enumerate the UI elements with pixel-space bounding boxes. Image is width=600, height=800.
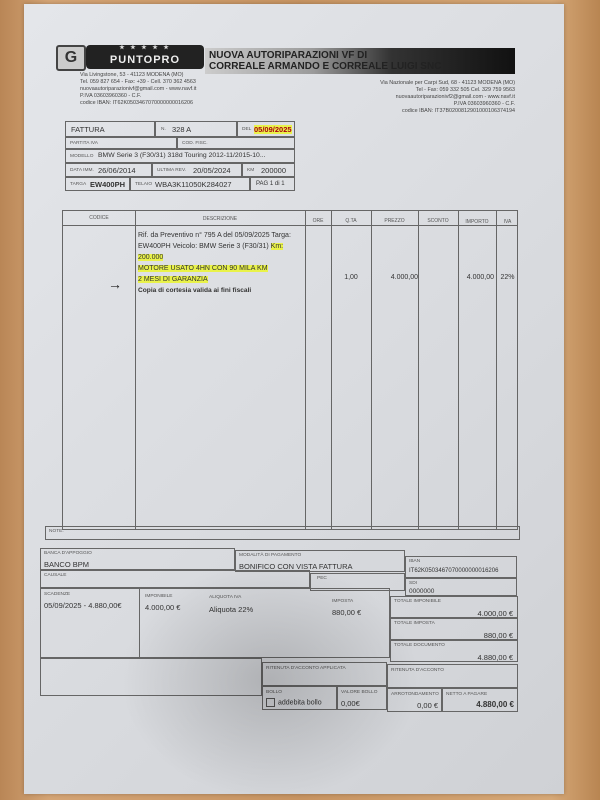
col-header-amount: IMPORTO bbox=[458, 219, 496, 225]
col-header-description: DESCRIZIONE bbox=[135, 216, 305, 222]
vat-label: PARTITA IVA bbox=[70, 141, 98, 146]
tax-summary: SCADENZE 05/09/2025 - 4.880,00€ IMPONIBI… bbox=[40, 588, 390, 658]
due-label: SCADENZE bbox=[44, 592, 70, 597]
arrow-icon: → bbox=[108, 276, 122, 292]
total-doc-label: TOTALE DOCUMENTO bbox=[394, 643, 445, 648]
causale-cell: CAUSALE bbox=[40, 570, 310, 588]
taxable-value: 4.000,00 € bbox=[145, 603, 180, 612]
plate-label: TARGA bbox=[70, 182, 86, 187]
last-rev-label: ULTIMA REV. bbox=[157, 168, 186, 173]
reg-date-label: DATA IMM. bbox=[70, 168, 94, 173]
bank-label: BANCA D'APPOGGIO bbox=[44, 551, 92, 556]
tax-value: 880,00 € bbox=[332, 608, 361, 617]
courtesy-copy-note: Copia di cortesia valida ai fini fiscali bbox=[138, 285, 308, 296]
plate-value: EW400PH bbox=[90, 180, 125, 189]
stamp-checkbox-label: addebita bollo bbox=[278, 699, 322, 706]
rounding-label: ARROTONDAMENTO bbox=[391, 692, 439, 697]
sdi-cell: SDI 0000000 bbox=[405, 578, 517, 596]
fiscal-label: COD. FISC. bbox=[182, 141, 208, 146]
total-taxable-value: 4.000,00 € bbox=[478, 609, 513, 618]
banner-line-1: NUOVA AUTORIPARAZIONI VF DI bbox=[209, 50, 515, 61]
total-doc-cell: TOTALE DOCUMENTO 4.880,00 € bbox=[390, 640, 518, 662]
stamp-value-cell: VALORE BOLLO 0,00€ bbox=[337, 686, 387, 710]
pec-label: PEC bbox=[317, 576, 327, 581]
doc-number-cell: N. 328 A bbox=[155, 121, 237, 137]
total-doc-value: 4.880,00 € bbox=[478, 653, 513, 662]
col-header-code: CODICE bbox=[63, 215, 135, 221]
company-banner: NUOVA AUTORIPARAZIONI VF DI CORREALE ARM… bbox=[205, 48, 515, 74]
total-tax-cell: TOTALE IMPOSTA 880,00 € bbox=[390, 618, 518, 640]
stamp-cell: BOLLO addebita bollo bbox=[262, 686, 337, 710]
col-divider bbox=[496, 211, 497, 529]
left-address-block: Via Livingstone, 53 - 41123 MODENA (MO) … bbox=[80, 72, 280, 107]
stamp-value-label: VALORE BOLLO bbox=[341, 690, 377, 695]
table-row: Rif. da Preventivo n° 795 A del 05/09/20… bbox=[138, 230, 308, 296]
col-header-vat: IVA bbox=[496, 219, 519, 225]
row-vat: 22% bbox=[496, 274, 519, 281]
last-rev: 20/05/2024 bbox=[193, 166, 231, 175]
number-label: N. bbox=[161, 127, 166, 132]
date-label: DEL bbox=[242, 127, 251, 132]
fiscal-cell: COD. FISC. bbox=[177, 137, 295, 149]
payment-cell: MODALITÀ DI PAGAMENTO BONIFICO CON VISTA… bbox=[235, 550, 405, 572]
withholding-label: RITENUTA D'ACCONTO bbox=[391, 668, 444, 673]
withholding-cell: RITENUTA D'ACCONTO bbox=[387, 664, 518, 688]
page-cell: PAG 1 di 1 bbox=[250, 177, 295, 191]
rate-value: Aliquota 22% bbox=[209, 605, 253, 614]
col-divider bbox=[371, 211, 372, 529]
chassis-value: WBA3K11050K284027 bbox=[155, 180, 232, 189]
payment-label: MODALITÀ DI PAGAMENTO bbox=[239, 553, 301, 558]
total-tax-label: TOTALE IMPOSTA bbox=[394, 621, 435, 626]
stamp-value: 0,00€ bbox=[341, 699, 360, 708]
doc-date: 05/09/2025 bbox=[254, 125, 292, 134]
email-line: nuovaautoriparazionivf@gmail.com - www.n… bbox=[80, 86, 280, 93]
net-label: NETTO A PAGARE bbox=[446, 692, 487, 697]
notes-cell: NOTE: bbox=[45, 526, 520, 540]
doc-type-cell: FATTURA bbox=[65, 121, 155, 137]
km-value: 200000 bbox=[261, 166, 286, 175]
phone-line: Tel. 059 827 654 - Fax: +39 - Cell. 370 … bbox=[80, 79, 280, 86]
withholding-applied-cell: RITENUTA D'ACCONTO APPLICATA bbox=[262, 662, 387, 686]
description-line: MOTORE USATO 4HN CON 90 MILA KM bbox=[138, 265, 268, 272]
page-indicator: PAG 1 di 1 bbox=[256, 181, 285, 187]
col-header-qty: Q.TA bbox=[331, 218, 371, 224]
stamp-label: BOLLO bbox=[266, 690, 282, 695]
description-line: EW400PH Veicolo: BMW Serie 3 (F30/31) Km… bbox=[138, 241, 308, 252]
sdi-label: SDI bbox=[409, 581, 417, 586]
total-taxable-label: TOTALE IMPONIBILE bbox=[394, 599, 441, 604]
causale-label: CAUSALE bbox=[44, 573, 66, 578]
stars-icon: ★ ★ ★ ★ ★ bbox=[86, 43, 204, 53]
phone-line: Tel - Fax: 059 332 505 Cel. 329 759 9563 bbox=[300, 87, 515, 94]
net-value: 4.880,00 € bbox=[476, 700, 514, 709]
col-divider bbox=[135, 211, 136, 529]
withholding-applied-label: RITENUTA D'ACCONTO APPLICATA bbox=[266, 666, 346, 671]
iban-line: codice IBAN: IT62K0503467070000000016206 bbox=[80, 100, 280, 107]
col-divider bbox=[458, 211, 459, 529]
right-address-block: Via Nazionale per Carpi Sud, 68 - 41123 … bbox=[300, 80, 515, 115]
row-price: 4.000,00 bbox=[371, 274, 418, 281]
checkbox-icon[interactable] bbox=[266, 698, 275, 707]
km-highlight: Km: bbox=[271, 243, 283, 250]
bank-value: BANCO BPM bbox=[44, 560, 89, 569]
col-header-hours: ORE bbox=[305, 218, 331, 224]
address-line: Via Nazionale per Carpi Sud, 68 - 41123 … bbox=[300, 80, 515, 87]
last-rev-cell: ULTIMA REV. 20/05/2024 bbox=[152, 163, 242, 177]
logo-badge: G bbox=[56, 45, 86, 71]
stamp-checkbox[interactable]: addebita bollo bbox=[266, 698, 322, 707]
email-line: nuovaautoriparazionivf2@gmail.com - www.… bbox=[300, 94, 515, 101]
km-label: KM bbox=[247, 168, 254, 173]
vat-line: P.IVA 03603960360 - C.F. bbox=[300, 101, 515, 108]
iban-cell: IBAN IT62K0503467070000000016206 bbox=[405, 556, 517, 578]
logo-puntopro: ★ ★ ★ ★ ★PUNTOPRO bbox=[86, 45, 204, 69]
col-divider bbox=[331, 211, 332, 529]
sdi-value: 0000000 bbox=[409, 588, 434, 595]
doc-number: 328 A bbox=[172, 125, 191, 134]
col-divider bbox=[139, 589, 140, 657]
km-cell: KM 200000 bbox=[242, 163, 295, 177]
taxable-label: IMPONIBILE bbox=[145, 594, 172, 599]
items-table: CODICE DESCRIZIONE ORE Q.TA PREZZO SCONT… bbox=[62, 210, 518, 530]
doc-type: FATTURA bbox=[71, 125, 105, 134]
model-value: BMW Serie 3 (F30/31) 318d Touring 2012-1… bbox=[98, 152, 266, 159]
row-qty: 1,00 bbox=[331, 274, 371, 281]
rounding-cell: ARROTONDAMENTO 0,00 € bbox=[387, 688, 442, 712]
iban-value: IT62K0503467070000000016206 bbox=[409, 568, 498, 574]
vat-line: P.IVA 03603960360 - C.F. bbox=[80, 93, 280, 100]
col-divider bbox=[418, 211, 419, 529]
vat-cell: PARTITA IVA bbox=[65, 137, 177, 149]
col-header-discount: SCONTO bbox=[418, 218, 458, 224]
notes-label: NOTE: bbox=[49, 529, 64, 534]
empty-footer-cell bbox=[40, 658, 262, 696]
table-header-divider bbox=[63, 225, 517, 226]
description-text: EW400PH Veicolo: BMW Serie 3 (F30/31) bbox=[138, 243, 269, 250]
net-cell: NETTO A PAGARE 4.880,00 € bbox=[442, 688, 518, 712]
iban-line: codice IBAN: IT37B0200812901000106374194 bbox=[300, 108, 515, 115]
total-taxable-cell: TOTALE IMPONIBILE 4.000,00 € bbox=[390, 596, 518, 618]
model-label: MODELLO bbox=[70, 154, 93, 159]
bank-cell: BANCA D'APPOGGIO BANCO BPM bbox=[40, 548, 235, 570]
description-line: Rif. da Preventivo n° 795 A del 05/09/20… bbox=[138, 230, 308, 241]
reg-date-cell: DATA IMM. 26/06/2014 bbox=[65, 163, 152, 177]
doc-date-cell: DEL 05/09/2025 bbox=[237, 121, 295, 137]
row-amount: 4.000,00 bbox=[458, 274, 494, 281]
banner-line-2: CORREALE ARMANDO E CORREALE LUIGI SNC bbox=[209, 61, 515, 72]
chassis-cell: TELAIO WBA3K11050K284027 bbox=[130, 177, 250, 191]
reg-date: 26/06/2014 bbox=[98, 166, 136, 175]
col-header-price: PREZZO bbox=[371, 218, 418, 224]
tax-label: IMPOSTA bbox=[332, 599, 353, 604]
chassis-label: TELAIO bbox=[135, 182, 152, 187]
total-tax-value: 880,00 € bbox=[484, 631, 513, 640]
rounding-value: 0,00 € bbox=[417, 701, 438, 710]
description-line: 2 MESI DI GARANZIA bbox=[138, 276, 208, 283]
model-cell: MODELLO BMW Serie 3 (F30/31) 318d Tourin… bbox=[65, 149, 295, 163]
due-value: 05/09/2025 - 4.880,00€ bbox=[44, 601, 122, 610]
address-line: Via Livingstone, 53 - 41123 MODENA (MO) bbox=[80, 72, 280, 79]
iban-label: IBAN bbox=[409, 559, 420, 564]
description-line: 200.000 bbox=[138, 254, 163, 261]
rate-label: ALIQUOTA IVA bbox=[209, 595, 241, 600]
plate-cell: TARGA EW400PH bbox=[65, 177, 130, 191]
